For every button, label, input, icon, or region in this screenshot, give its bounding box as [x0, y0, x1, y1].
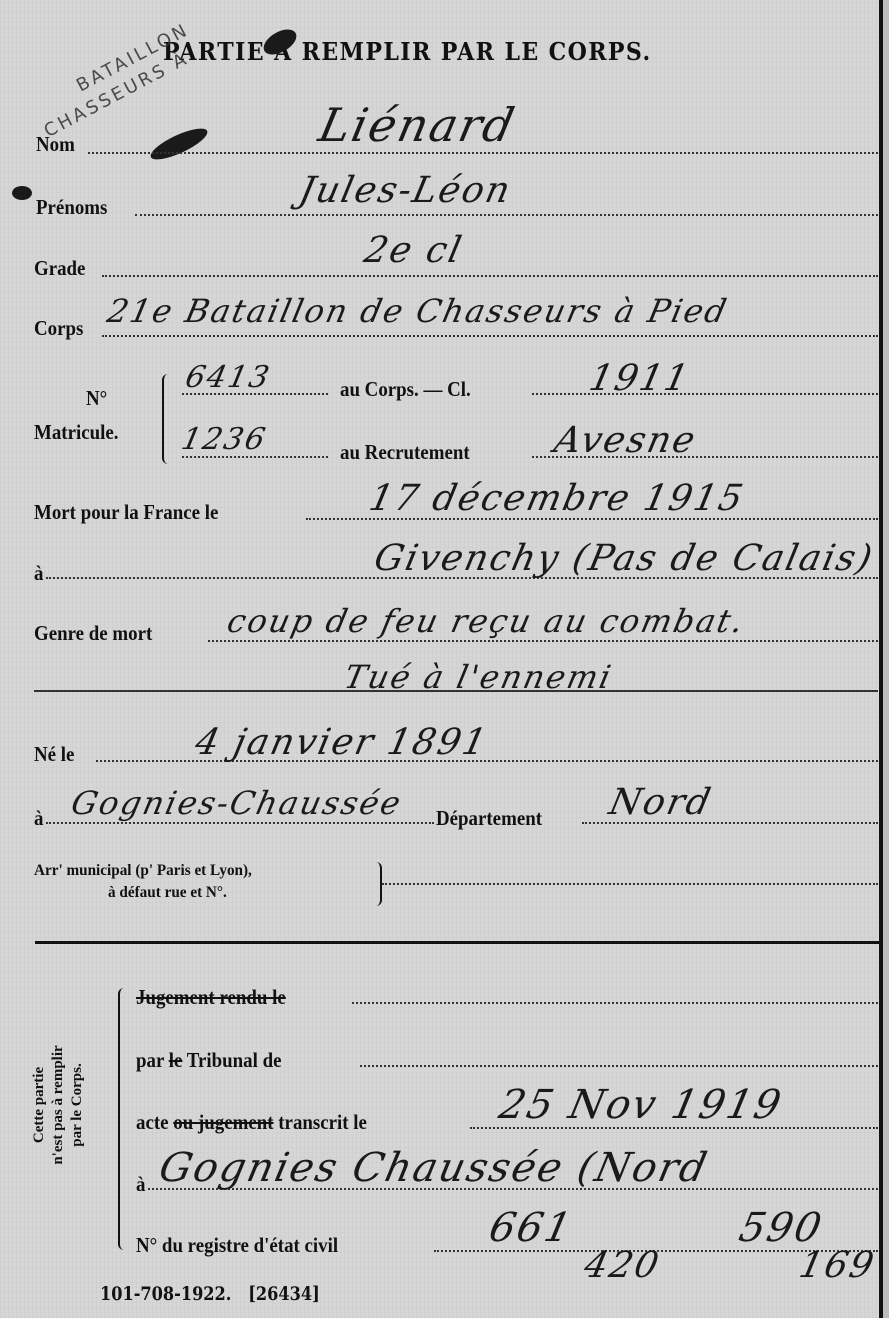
transcrit-rest: transcrit le	[278, 1110, 367, 1134]
grade-value[interactable]: 2e cl	[361, 230, 467, 271]
departement-label: Département	[436, 806, 542, 831]
prenoms-line	[135, 214, 878, 216]
tribunal-label: par le Tribunal de	[136, 1048, 281, 1073]
side-note-line-2: n'est pas à remplir	[49, 1010, 68, 1200]
corps-line	[102, 335, 878, 337]
matricule-brace	[162, 374, 174, 464]
recrutement-label: au Recrutement	[340, 440, 470, 465]
genre-mort-line	[208, 640, 878, 642]
ne-a-line	[46, 822, 434, 824]
nom-label: Nom	[36, 132, 75, 157]
recrutement-place-value[interactable]: Avesne	[551, 420, 701, 461]
mort-le-label: Mort pour la France le	[34, 500, 218, 525]
nom-line	[88, 152, 878, 154]
genre-mort-label: Genre de mort	[34, 621, 152, 646]
side-note: Cette partie n'est pas à remplir par le …	[30, 1010, 87, 1200]
arrondissement-label-2: à défaut rue et N°.	[108, 884, 227, 902]
corps-class-label: au Corps. — Cl.	[340, 377, 471, 402]
tribunal-line	[360, 1065, 878, 1067]
tribunal-struck: le	[169, 1048, 183, 1072]
lieu-label: à	[136, 1172, 145, 1197]
lower-brace	[118, 988, 130, 1250]
class-value[interactable]: 1911	[586, 358, 694, 399]
recrutement-number-value[interactable]: 1236	[178, 422, 270, 457]
footer-code: 101-708-1922.	[100, 1283, 231, 1305]
arrondissement-brace	[372, 862, 382, 906]
corps-label: Corps	[34, 316, 83, 341]
matricule-label-no: N°	[86, 386, 107, 411]
departement-value[interactable]: Nord	[606, 782, 716, 823]
transcrit-prefix: acte	[136, 1110, 169, 1134]
mort-a-value[interactable]: Givenchy (Pas de Calais)	[371, 538, 878, 579]
transcrit-struck: ou jugement	[173, 1110, 273, 1134]
side-note-line-1: Cette partie	[30, 1010, 49, 1200]
mort-a-label: à	[34, 561, 43, 586]
form-footer: 101-708-1922. [26434]	[100, 1283, 320, 1305]
footer-ref: [26434]	[248, 1283, 319, 1305]
prenoms-label: Prénoms	[36, 195, 107, 220]
jugement-line	[352, 1002, 878, 1004]
sheet-edge	[883, 0, 889, 1318]
ne-a-value[interactable]: Gognies-Chaussée	[68, 784, 406, 822]
form-title: PARTIE À REMPLIR PAR LE CORPS.	[163, 37, 652, 66]
tribunal-rest: Tribunal de	[187, 1048, 282, 1072]
transcrit-value[interactable]: 25 Nov 1919	[495, 1082, 787, 1128]
registre-value-a-sub[interactable]: 420	[581, 1245, 664, 1286]
side-note-line-3: par le Corps.	[68, 1010, 87, 1200]
grade-label: Grade	[34, 256, 85, 281]
genre-mort-value-1[interactable]: coup de feu reçu au combat.	[224, 602, 749, 640]
corps-value[interactable]: 21e Bataillon de Chasseurs à Pied	[104, 292, 732, 330]
lieu-value[interactable]: Gognies Chaussée (Nord	[155, 1145, 712, 1191]
mort-le-value[interactable]: 17 décembre 1915	[366, 478, 749, 519]
arrondissement-line	[382, 883, 878, 885]
grade-line	[102, 275, 878, 277]
arrondissement-label-1: Arr' municipal (p' Paris et Lyon),	[34, 862, 252, 880]
corps-number-value[interactable]: 6413	[182, 360, 274, 395]
matricule-label: Matricule.	[34, 420, 118, 445]
jugement-label: Jugement rendu le	[136, 985, 286, 1010]
registre-label: N° du registre d'état civil	[136, 1233, 338, 1258]
section-divider	[35, 941, 879, 944]
transcrit-label: acte ou jugement transcrit le	[136, 1110, 367, 1135]
ne-le-value[interactable]: 4 janvier 1891	[192, 722, 492, 763]
ne-le-label: Né le	[34, 742, 74, 767]
registre-value-b-sub[interactable]: 169	[796, 1245, 879, 1286]
class-line	[532, 393, 878, 395]
registre-value-a[interactable]: 661	[485, 1205, 577, 1251]
prenoms-value[interactable]: Jules-Léon	[296, 170, 516, 211]
tribunal-prefix: par	[136, 1048, 164, 1072]
nom-value[interactable]: Liénard	[314, 98, 520, 152]
genre-mort-value-2[interactable]: Tué à l'ennemi	[341, 658, 616, 696]
ne-a-label: à	[34, 806, 43, 831]
ink-blot	[12, 186, 32, 200]
